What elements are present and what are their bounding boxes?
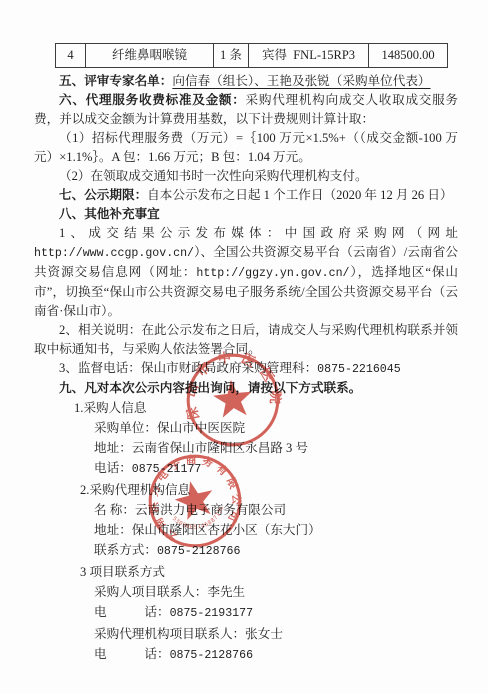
project-contact-header: 3 项目联系方式 — [34, 562, 458, 582]
amount: 148500.00 — [381, 48, 434, 62]
supervision-phone: 0875-2216045 — [317, 363, 401, 376]
publicity-period-label: 七、公示期限： — [59, 188, 147, 202]
agency-fee-rule-1: （1）招标代理服务费（万元）=｛100 万元×1.5%+（（成交金额-100 万… — [34, 129, 458, 167]
section-agency-fee: 六、代理服务收费标准及金额：采购代理机构向成交人收取成交服务费，并以成交金额为计… — [34, 91, 458, 129]
buyer-contact-person: 李先生 — [207, 585, 245, 599]
agency-contact-phone-line: 电 话：0875-2128766 — [34, 644, 458, 666]
cell-brand-model: 宾得 FNL-15RP3 — [249, 44, 369, 68]
buyer-contact-phone-label: 电 话： — [94, 605, 170, 619]
agency-contact-person: 张女士 — [245, 627, 283, 641]
document-page: 4 纤维鼻咽喉镜 1 条 宾得 FNL-15RP3 148500.00 五、评审… — [0, 0, 488, 694]
star-icon — [212, 378, 254, 419]
table-row: 4 纤维鼻咽喉镜 1 条 宾得 FNL-15RP3 148500.00 — [56, 44, 448, 68]
section-experts-label: 五、评审专家名单： — [59, 74, 172, 88]
section-publicity-period: 七、公示期限：自本公示发布之日起 1 个工作日（2020 年 12 月 26 日… — [34, 186, 458, 205]
agency-fee-rule-2: （2）在领取成交通知书时一次性向采购代理机构支付。 — [34, 167, 458, 186]
section-other-matters: 八、其他补充事宜 — [34, 205, 458, 224]
agency-address-label: 地址： — [94, 523, 132, 537]
buyer-contact-line: 采购人项目联系人：李先生 — [34, 582, 458, 602]
media-text-pre: 1、成交结果公示发布媒体：中国政府采购网（网址 — [59, 226, 458, 240]
agency-contact-label: 采购代理机构项目联系人： — [94, 627, 245, 641]
expert-names: 向信春（组长）、王艳及张锐（采购单位代表） — [172, 74, 430, 88]
publicity-period-text: 自本公示发布之日起 1 个工作日（2020 年 12 月 26 日） — [147, 188, 452, 202]
agency-contact-phone: 0875-2128766 — [170, 649, 254, 662]
agency-contact-line: 采购代理机构项目联系人：张女士 — [34, 624, 458, 644]
agency-name-label: 名 称： — [94, 503, 135, 517]
buyer-unit-label: 采购单位： — [94, 421, 157, 435]
model: FNL-15RP3 — [293, 48, 355, 62]
other-matters-item-1: 1、成交结果公示发布媒体：中国政府采购网（网址 http://www.ccgp.… — [34, 224, 458, 321]
brand: 宾得 — [262, 48, 287, 62]
cell-item-name: 纤维鼻咽喉镜 — [86, 44, 214, 68]
section-agency-fee-label: 六、代理服务收费标准及金额： — [59, 93, 246, 107]
buyer-contact-phone: 0875-2193177 — [170, 607, 254, 620]
quantity: 1 条 — [220, 48, 242, 62]
item-name: 纤维鼻咽喉镜 — [112, 48, 187, 62]
buyer-contact-label: 采购人项目联系人： — [94, 585, 207, 599]
seq-number: 4 — [67, 48, 73, 62]
buyer-phone-label: 电话： — [94, 461, 132, 475]
star-icon — [171, 477, 217, 522]
ccgp-url: http://www.ccgp.gov.cn/ — [34, 247, 194, 260]
cell-amount: 148500.00 — [369, 44, 448, 68]
cell-seq: 4 — [56, 44, 86, 68]
cell-qty: 1 条 — [214, 44, 249, 68]
ggzy-url: http://ggzy.yn.gov.cn/ — [196, 267, 349, 280]
section-experts: 五、评审专家名单：向信春（组长）、王艳及张锐（采购单位代表） — [34, 72, 458, 91]
agency-contact-phone-label: 电 话： — [94, 647, 170, 661]
award-result-table: 4 纤维鼻咽喉镜 1 条 宾得 FNL-15RP3 148500.00 — [55, 43, 448, 68]
buyer-contact-phone-line: 电 话：0875-2193177 — [34, 602, 458, 624]
buyer-address-label: 地址： — [94, 441, 132, 455]
